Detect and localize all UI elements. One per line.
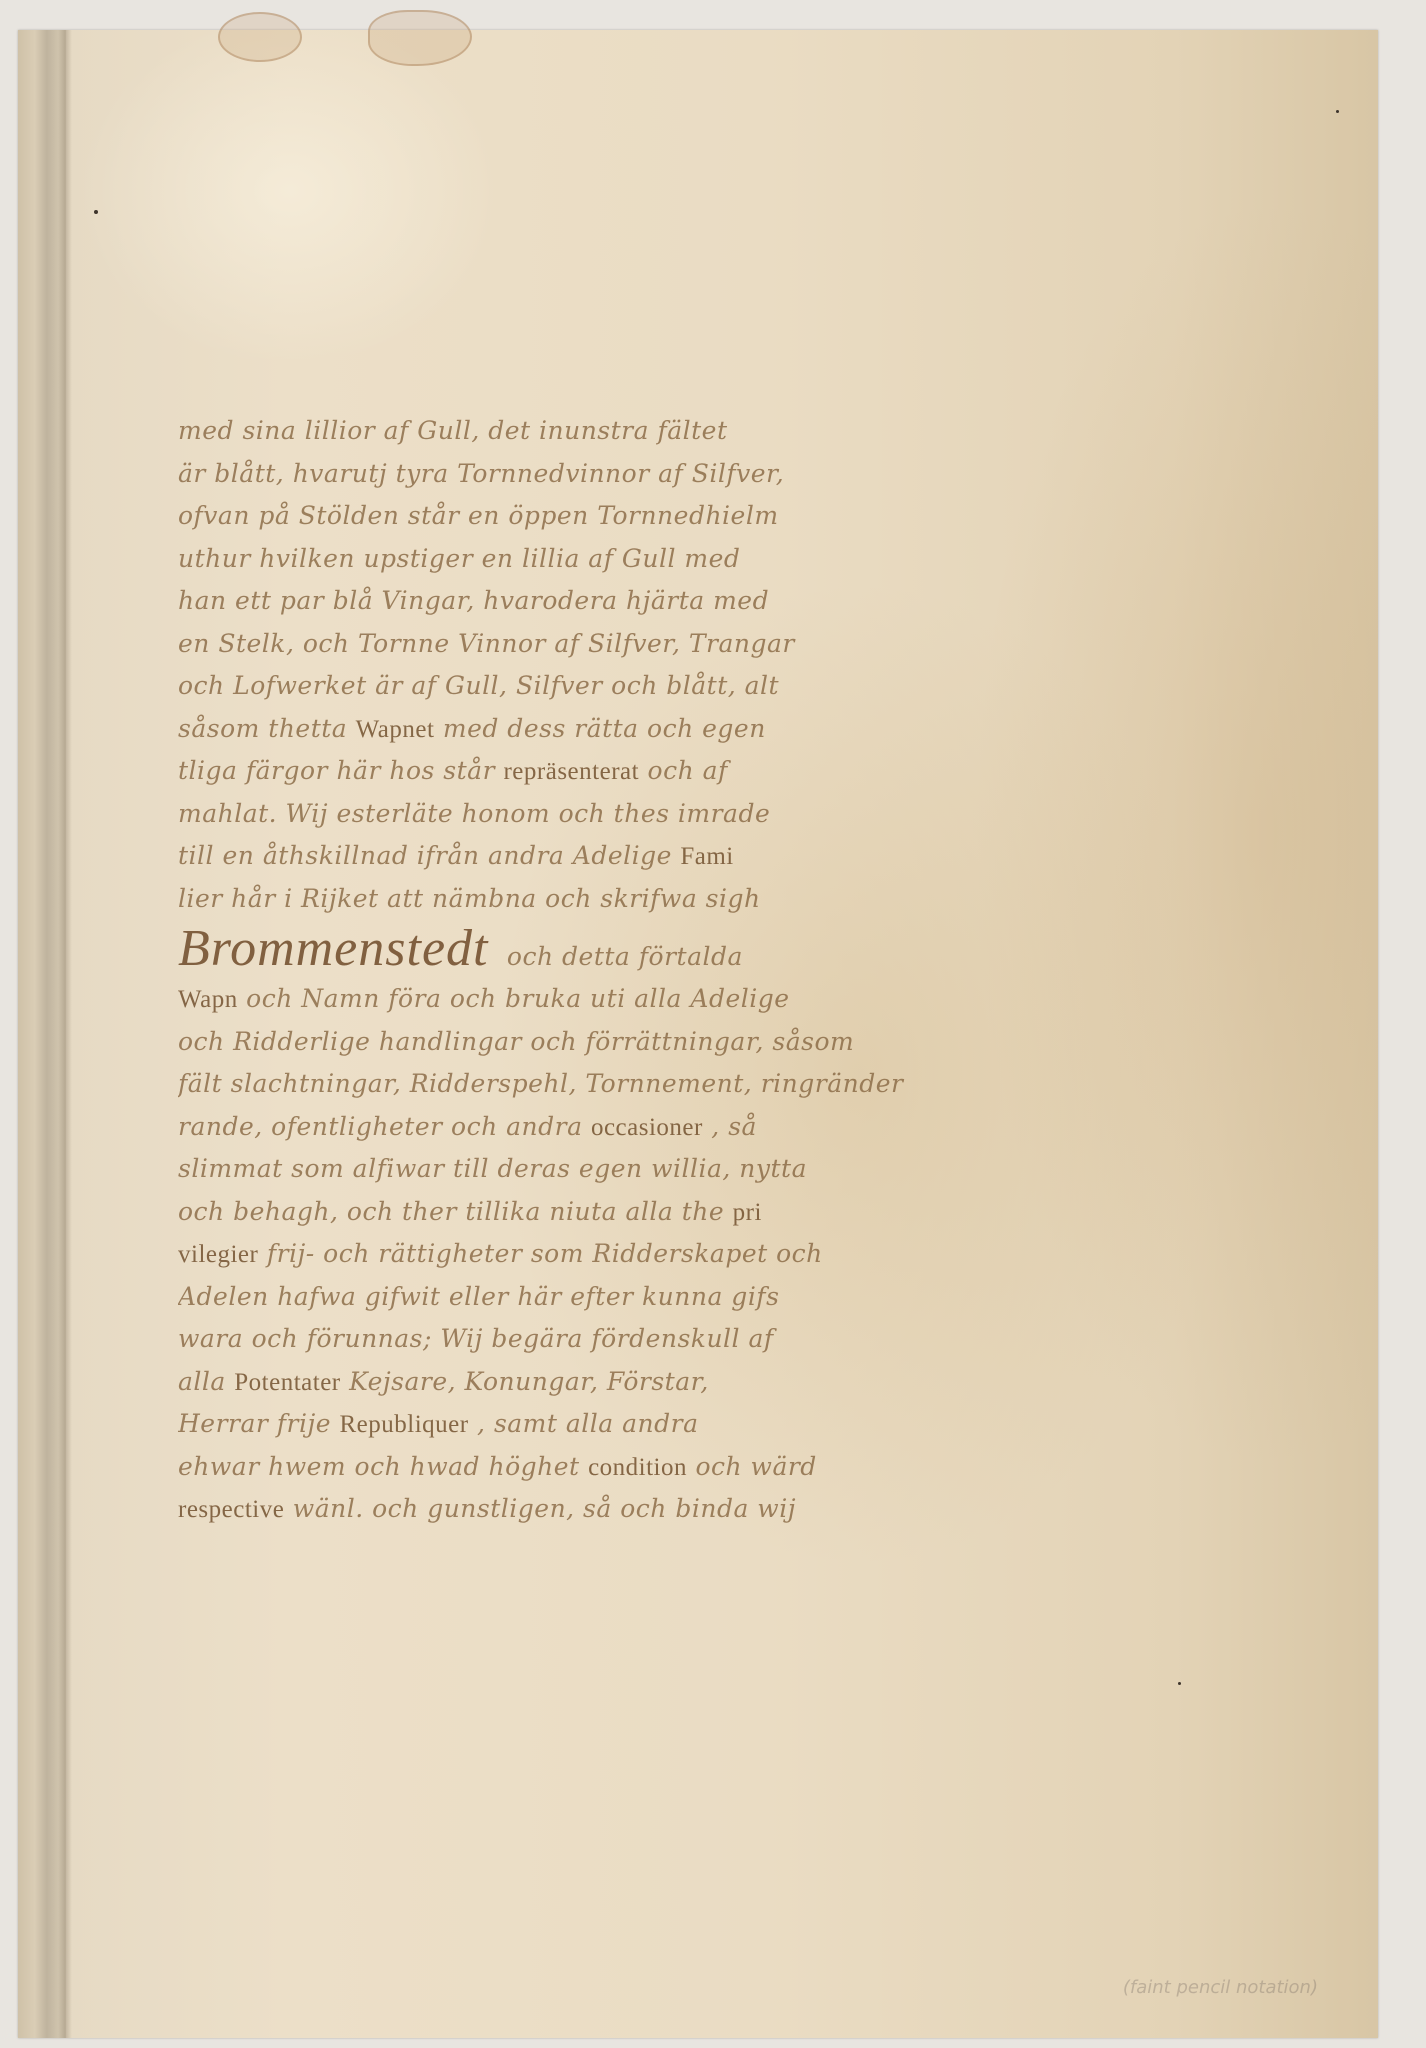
water-stain	[218, 12, 302, 62]
text-line: och behagh, och ther tillika niuta alla …	[178, 1191, 1098, 1234]
text-line: ofvan på Stölden står en öppen Tornnedhi…	[178, 495, 1098, 538]
text-line: ehwar hwem och hwad höghet condition och…	[178, 1446, 1098, 1489]
emphasized-word: condition	[588, 1454, 687, 1481]
emphasized-word: occasioner	[591, 1114, 703, 1141]
family-name-line: Brommenstedt och detta förtalda	[178, 920, 1098, 978]
text-line: alla Potentater Kejsare, Konungar, Först…	[178, 1361, 1098, 1404]
text-line: Adelen hafwa gifwit eller här efter kunn…	[178, 1276, 1098, 1319]
manuscript-text-body: med sina lillior af Gull, det inunstra f…	[178, 410, 1098, 1531]
page-fold-crease	[58, 30, 72, 2038]
text-line: Herrar frije Republiquer , samt alla and…	[178, 1403, 1098, 1446]
emphasized-word: respective	[178, 1496, 284, 1523]
emphasized-word: Republiquer	[340, 1411, 469, 1438]
water-stain	[368, 10, 472, 66]
text-line: till en åthskillnad ifrån andra Adelige …	[178, 835, 1098, 878]
emphasized-word: Wapn	[178, 986, 238, 1013]
scanned-manuscript: med sina lillior af Gull, det inunstra f…	[0, 0, 1426, 2048]
manuscript-page: med sina lillior af Gull, det inunstra f…	[18, 30, 1378, 2038]
text-line: rande, ofentligheter och andra occasione…	[178, 1106, 1098, 1149]
text-line: med sina lillior af Gull, det inunstra f…	[178, 410, 1098, 453]
emphasized-word: Wapnet	[356, 716, 435, 743]
text-line: mahlat. Wij esterläte honom och thes imr…	[178, 793, 1098, 836]
emphasized-word: Potentater	[234, 1369, 340, 1396]
emphasized-word: Fami	[680, 843, 733, 870]
text-line: vilegier frij- och rättigheter som Ridde…	[178, 1233, 1098, 1276]
text-line: Wapn och Namn föra och bruka uti alla Ad…	[178, 978, 1098, 1021]
emphasized-word: repräsenterat	[503, 758, 639, 785]
emphasized-word: vilegier	[178, 1241, 258, 1268]
text-line: lier hår i Rijket att nämbna och skrifwa…	[178, 878, 1098, 921]
text-line: wara och förunnas; Wij begära fördenskul…	[178, 1318, 1098, 1361]
text-line: och Ridderlige handlingar och förrättnin…	[178, 1021, 1098, 1064]
text-line: respective wänl. och gunstligen, så och …	[178, 1488, 1098, 1531]
text-line: och Lofwerket är af Gull, Silfver och bl…	[178, 665, 1098, 708]
ink-speck	[94, 210, 98, 214]
ink-speck	[1178, 1682, 1181, 1685]
text-line: uthur hvilken upstiger en lillia af Gull…	[178, 538, 1098, 581]
emphasized-word: pri	[733, 1199, 762, 1226]
ink-speck	[1336, 110, 1339, 113]
text-line: såsom thetta Wapnet med dess rätta och e…	[178, 708, 1098, 751]
text-line: en Stelk, och Tornne Vinnor af Silfver, …	[178, 623, 1098, 666]
text-line: tliga färgor här hos står repräsenterat …	[178, 750, 1098, 793]
text-line: han ett par blå Vingar, hvarodera hjärta…	[178, 580, 1098, 623]
text-line: slimmat som alfiwar till deras egen will…	[178, 1148, 1098, 1191]
text-line: fält slachtningar, Ridderspehl, Tornneme…	[178, 1063, 1098, 1106]
pencil-marginalia: (faint pencil notation)	[1123, 1977, 1318, 1998]
text-line: är blått, hvarutj tyra Tornnedvinnor af …	[178, 453, 1098, 496]
family-name: Brommenstedt	[178, 920, 488, 977]
